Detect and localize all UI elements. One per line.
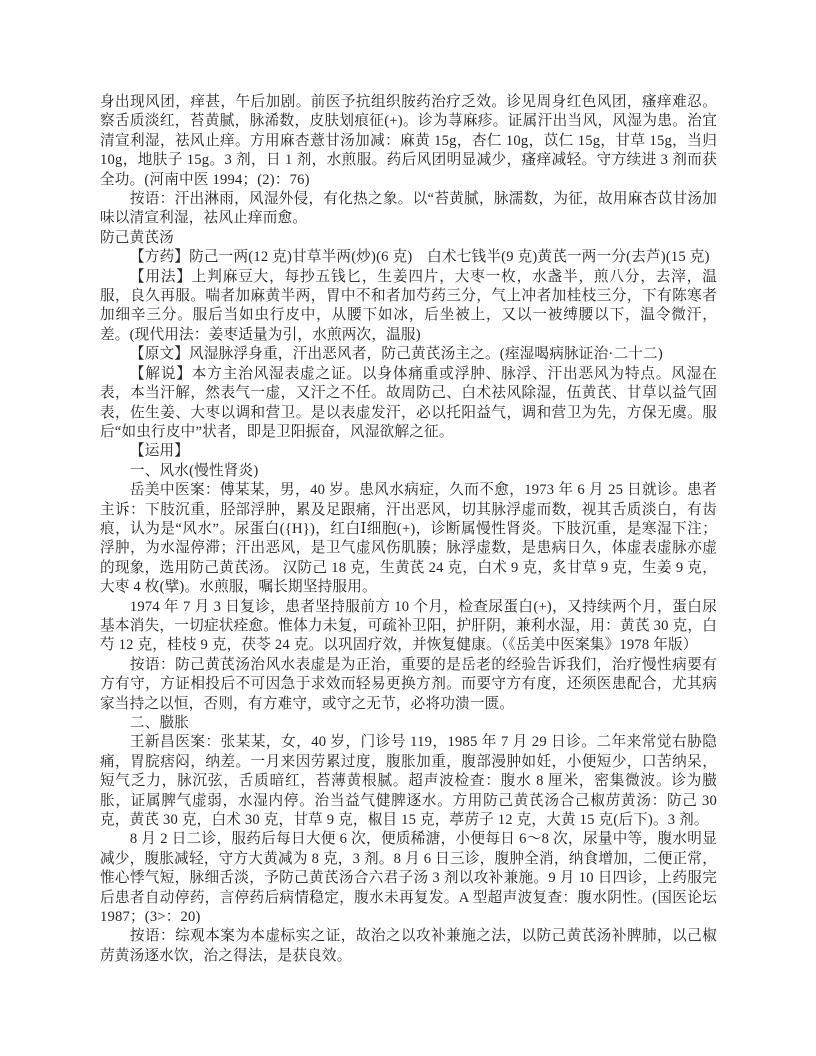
case1-record: 岳美中医案：傅某某，男，40 岁。患风水病症，久而不愈，1973 年 6 月 2… bbox=[100, 481, 717, 597]
urticaria-case-note: 按语：汗出淋雨，风湿外侵，有化热之象。以“苔黄腻，脉濡数，为征，故用麻杏苡甘汤加… bbox=[100, 190, 717, 229]
application-heading: 【运用】 bbox=[100, 442, 717, 461]
case2-note: 按语：综观本案为本虚标实之证，故治之以攻补兼施之法，以防己黄芪汤补脾肺，以己椒苈… bbox=[100, 927, 717, 966]
page-background: 身出现风团，痒甚，午后加剧。前医予抗组织胺药治疗乏效。诊见周身红色风团，瘙痒难忍… bbox=[0, 0, 816, 1056]
case2-followup: 8 月 2 日二诊，服药后每日大便 6 次，便质稀溏，小便每日 6～8 次，尿量… bbox=[100, 830, 717, 927]
original-text: 【原文】风湿脉浮身重，汗出恶风者，防己黄芪汤主之。(痓湿喝病脉证治·二十二) bbox=[100, 345, 717, 364]
case2-record: 王新昌医案：张某某，女，40 岁，门诊号 119，1985 年 7 月 29 日… bbox=[100, 733, 717, 830]
case2-heading: 二、臌胀 bbox=[100, 714, 717, 733]
case1-heading: 一、风水(慢性肾炎) bbox=[100, 462, 717, 481]
case1-followup: 1974 年 7 月 3 日复诊，患者坚持服前方 10 个月，检查尿蛋白(+)，… bbox=[100, 598, 717, 656]
section-title: 防己黄芪汤 bbox=[100, 229, 717, 248]
case1-note: 按语：防己黄芪汤治风水表虚是为正治，重要的是岳老的经验告诉我们，治疗慢性病要有方… bbox=[100, 656, 717, 714]
urticaria-case-continuation: 身出现风团，痒甚，午后加剧。前医予抗组织胺药治疗乏效。诊见周身红色风团，瘙痒难忍… bbox=[100, 93, 717, 190]
formula-ingredients: 【方药】防己一两(12 克)甘草半两(炒)(6 克) 白术七钱半(9 克)黄芪一… bbox=[100, 248, 717, 267]
commentary: 【解说】本方主治风湿表虚之证。以身体痛重或浮肿、脉浮、汗出恶风为特点。风湿在表，… bbox=[100, 365, 717, 443]
document-body: 身出现风团，痒甚，午后加剧。前医予抗组织胺药治疗乏效。诊见周身红色风团，瘙痒难忍… bbox=[100, 93, 717, 966]
usage-instructions: 【用法】上判麻豆大，每抄五钱匕，生姜四片，大枣一枚，水盏半，煎八分，去滓，温服，… bbox=[100, 268, 717, 346]
document-page: { "page": { "background": "#ffffff", "te… bbox=[0, 0, 816, 1056]
